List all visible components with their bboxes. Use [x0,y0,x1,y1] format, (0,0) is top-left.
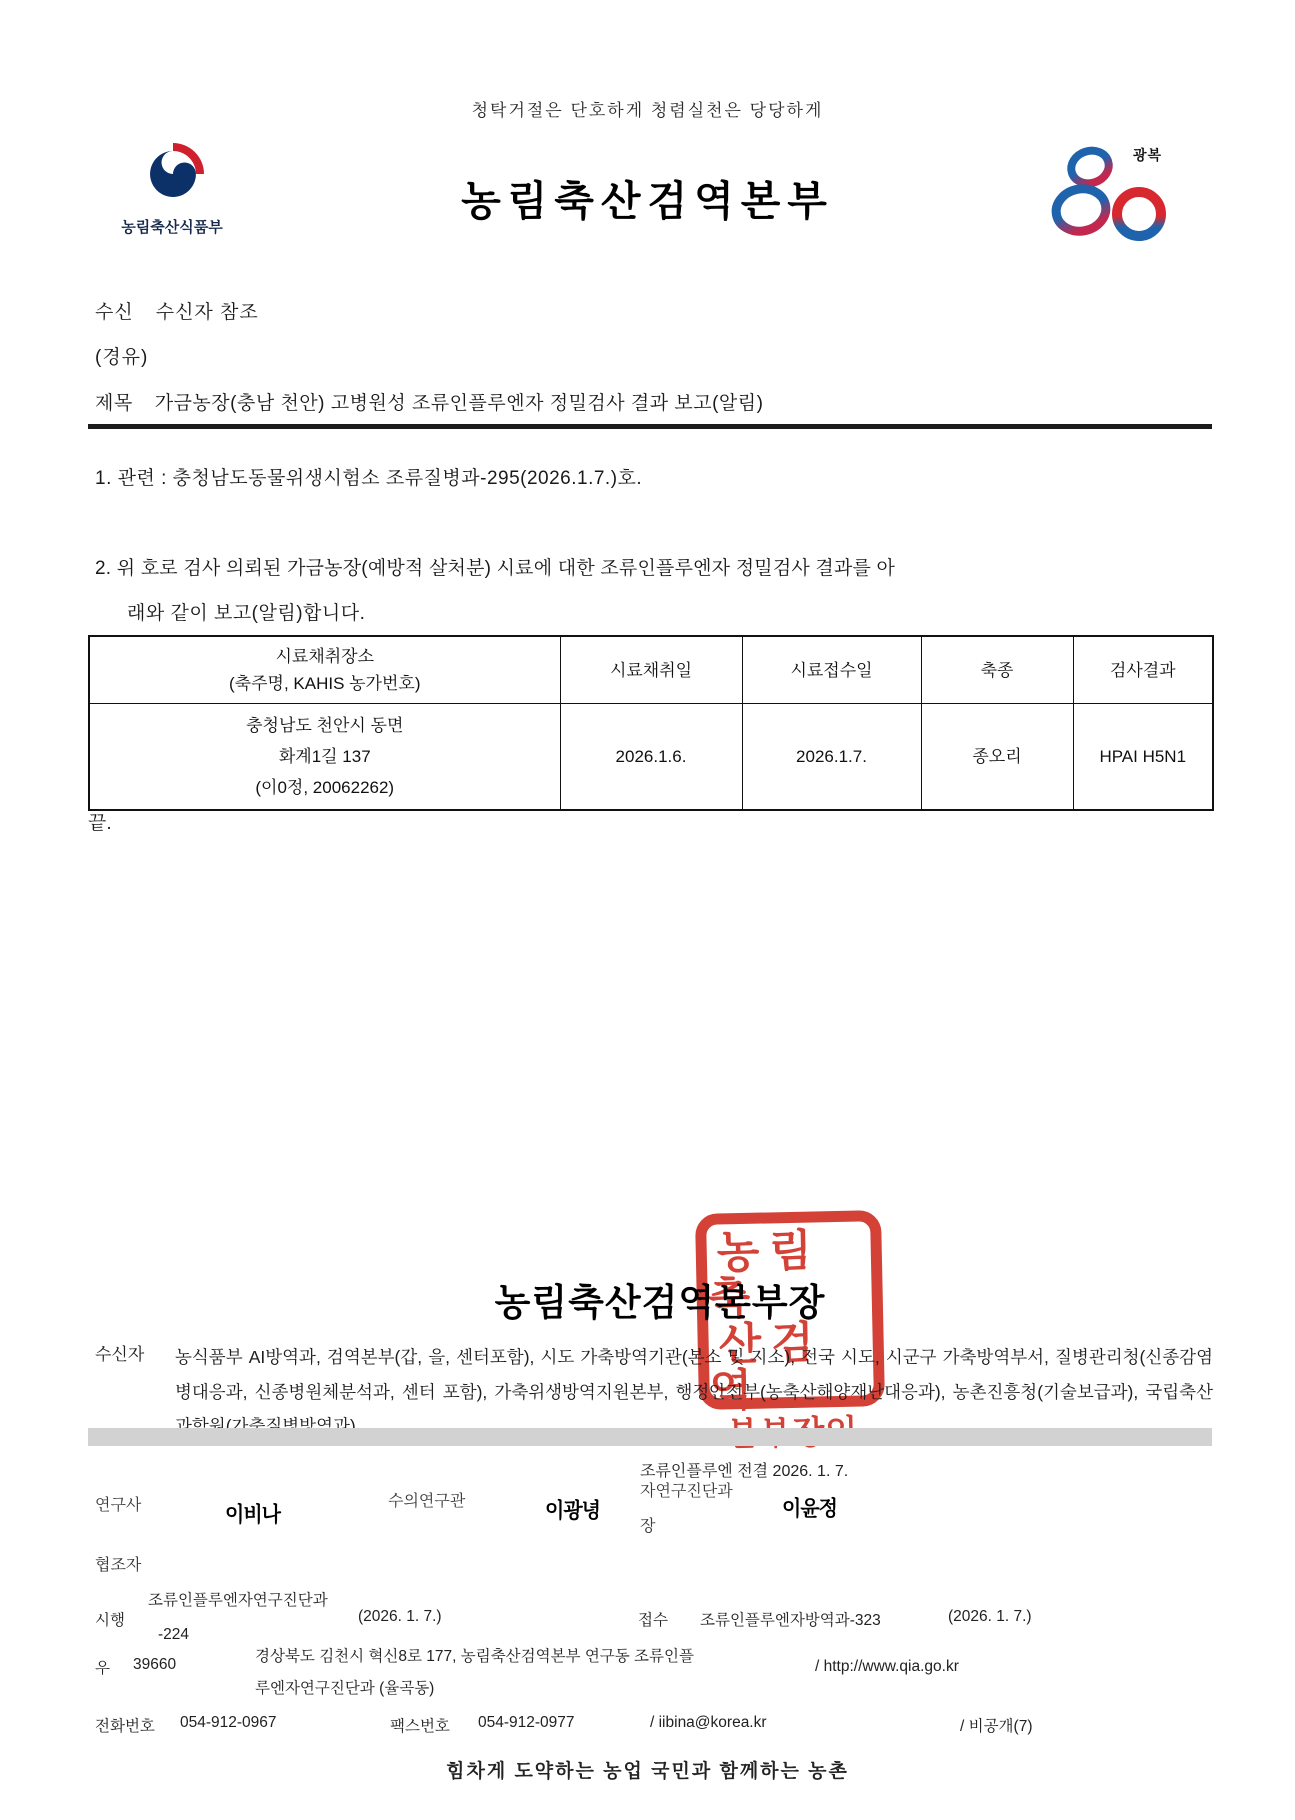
header-rule [88,424,1212,429]
to-label: 수신 [95,302,134,323]
receipt-date: (2026. 1. 7.) [948,1608,1032,1626]
execution-label: 시행 [95,1608,125,1630]
cooperator-label: 협조자 [95,1552,141,1575]
address-line1: 경상북도 김천시 혁신8로 177, 농림축산검역본부 연구동 조류인플 [255,1644,694,1666]
subject-line: 제목가금농장(충남 천안) 고병원성 조류인플루엔자 정밀검사 결과 보고(알림… [95,388,763,415]
sign3-title-line1: 자연구진단과 [640,1478,733,1501]
body-paragraph-1: 1. 관련 : 충청남도동물위생시험소 조류질병과-295(2026.1.7.)… [95,463,642,490]
header-sample-location: 시료채취장소 (축주명, KAHIS 농가번호) [89,636,560,704]
header-collect-date: 시료채취일 [560,636,742,704]
fax-label: 팩스번호 [390,1714,450,1736]
table-data-row: 충청남도 천안시 동면 화계1길 137 (이0정, 20062262) 202… [89,704,1213,811]
sign1-title: 연구사 [95,1492,141,1515]
sign1-name: 이비나 [225,1497,280,1527]
table-header-row: 시료채취장소 (축주명, KAHIS 농가번호) 시료채취일 시료접수일 축종 … [89,636,1213,704]
disclosure-status: / 비공개(7) [960,1714,1032,1736]
homepage-url: / http://www.qia.go.kr [815,1658,959,1676]
top-slogan: 청탁거절은 단호하게 청렴실천은 당당하게 [0,96,1295,121]
cell-receive-date: 2026.1.7. [742,704,921,811]
execution-number: -224 [158,1626,189,1644]
cell-collect-date: 2026.1.6. [560,704,742,811]
cell-species: 종오리 [921,704,1073,811]
liberation-80-logo-icon [1045,142,1190,247]
execution-dept: 조류인플루엔자연구진단과 [148,1588,328,1610]
inspection-result-table: 시료채취장소 (축주명, KAHIS 농가번호) 시료채취일 시료접수일 축종 … [88,635,1214,811]
sign3-title-line2: 장 [640,1513,655,1536]
postal-label: 우 [95,1656,110,1678]
execution-date: (2026. 1. 7.) [358,1608,442,1626]
receipt-number: 조류인플루엔자방역과-323 [700,1608,881,1630]
fax-number: 054-912-0977 [478,1714,575,1732]
to-value: 수신자 참조 [156,302,259,323]
via-line: (경유) [95,342,148,369]
cell-sample-location: 충청남도 천안시 동면 화계1길 137 (이0정, 20062262) [89,704,560,811]
header-result: 검사결과 [1073,636,1213,704]
email-address: / iibina@korea.kr [650,1714,767,1732]
recipients-label: 수신자 [95,1340,144,1365]
phone-label: 전화번호 [95,1714,155,1736]
receipt-label: 접수 [638,1608,668,1630]
end-mark: 끝. [88,808,112,835]
header-receive-date: 시료접수일 [742,636,921,704]
body-paragraph-2-line1: 2. 위 호로 검사 의뢰된 가금농장(예방적 살처분) 시료에 대한 조류인플… [95,553,895,580]
body-paragraph-2-line2: 래와 같이 보고(알림)합니다. [127,598,365,625]
subject-value: 가금농장(충남 천안) 고병원성 조류인플루엔자 정밀검사 결과 보고(알림) [155,393,764,414]
sign2-title: 수의연구관 [388,1488,465,1511]
seal-row-1: 농림축 [706,1227,872,1322]
phone-number: 054-912-0967 [180,1714,277,1732]
header-species: 축종 [921,636,1073,704]
bottom-slogan: 힘차게 도약하는 농업 국민과 함께하는 농촌 [0,1756,1295,1783]
postal-code: 39660 [133,1656,176,1674]
recipient-line: 수신수신자 참조 [95,297,259,324]
cell-result: HPAI H5N1 [1073,704,1213,811]
delegation-text: 전결 2026. 1. 7. [737,1463,848,1480]
document-page: 청탁거절은 단호하게 청렴실천은 당당하게 농림축산식품부 농림축산검역본부 [0,0,1295,1820]
sign3-name: 이윤정 [782,1491,837,1521]
address-line2: 루엔자연구진단과 (율곡동) [255,1676,434,1698]
sign2-name: 이광녕 [545,1493,600,1523]
liberation-80-label: 광복 [1133,145,1162,165]
subject-label: 제목 [95,393,133,414]
divider-bar [88,1428,1212,1446]
